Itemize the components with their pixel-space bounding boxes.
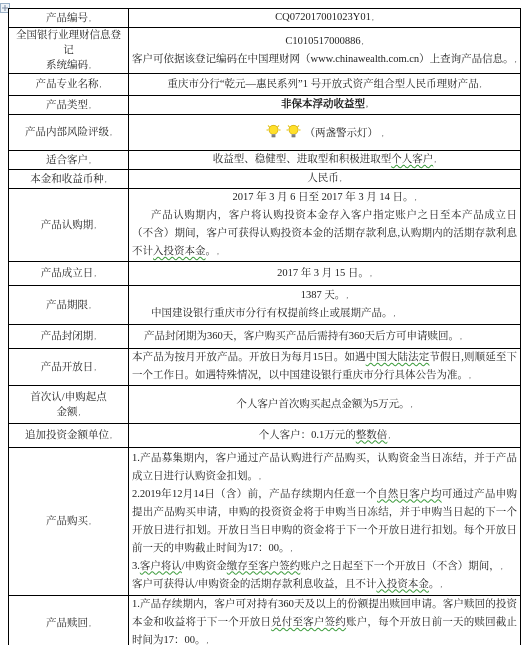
label-lockup-period: 产品封闭期 [9, 325, 129, 349]
product-term-note: 中国建设银行重庆市分行有权提前终止或展期产品。 [132, 305, 517, 323]
spellcheck-underline: 缴存至客户签约 [227, 561, 301, 572]
label-open-day: 产品开放日 [9, 349, 129, 386]
open-day-text: 本产品为按月开放产品。开放日为每月15日。如遇中国大陆法定节假日,则顺延至下一个… [132, 349, 517, 385]
value-open-day: 本产品为按月开放产品。开放日为每月15日。如遇中国大陆法定节假日,则顺延至下一个… [129, 349, 521, 386]
row-product-purchase: 产品购买 1.产品募集期内，客户通过产品认购进行产品购买，认购资金当日冻结，并于… [9, 448, 521, 596]
purchase-paragraph-4: 客户可获得认/申购资金的活期存款利息收益，且不计入投资本金。 [132, 576, 517, 594]
product-info-table: 产品编号 CQ072017001023Y01 全国银行业理财信息登记 系统编码 … [8, 8, 521, 645]
spellcheck-underline: 自然日客户均 [377, 489, 442, 500]
row-product-term: 产品期限 1387 天。 中国建设银行重庆市分行有权提前终止或展期产品。 [9, 286, 521, 325]
row-establishment-date: 产品成立日 2017 年 3 月 15 日。 [9, 262, 521, 286]
label-first-purchase-minimum: 首次认/申购起点 金额 [9, 386, 129, 424]
label-additional-investment-unit: 追加投资金额单位 [9, 424, 129, 448]
purchase-paragraph-3: 3.客户将认/申购资金缴存至客户签约账户之日起至下一个开放日（不含）期间， [132, 558, 517, 576]
label-suitable-customers: 适合客户 [9, 151, 129, 170]
row-risk-rating: 产品内部风险评级 [9, 115, 521, 151]
row-suitable-customers: 适合客户 收益型、稳健型、进取型和积极进取型个人客户 [9, 151, 521, 170]
value-product-term: 1387 天。 中国建设银行重庆市分行有权提前终止或展期产品。 [129, 286, 521, 325]
redemption-paragraph-1: 1.产品存续期内，客户可对持有360天及以上的份额提出赎回申请。客户赎回的投资本… [132, 596, 517, 645]
spellcheck-underline: 整数倍 [356, 430, 388, 441]
value-product-code: CQ072017001023Y01 [129, 9, 521, 28]
registration-code-note: 客户可依据该登记编码在中国理财网（www.chinawealth.com.cn）… [132, 51, 517, 69]
label-product-term: 产品期限 [9, 286, 129, 325]
spellcheck-underline: 客户将认 [140, 561, 182, 572]
label-product-purchase: 产品购买 [9, 448, 129, 596]
currency-text: 人民币 [132, 170, 517, 188]
row-product-type: 产品类型 非保本浮动收益型 [9, 96, 521, 115]
label-product-type: 产品类型 [9, 96, 129, 115]
value-product-redemption: 1.产品存续期内，客户可对持有360天及以上的份额提出赎回申请。客户赎回的投资本… [129, 596, 521, 645]
label-risk-rating: 产品内部风险评级 [9, 115, 129, 151]
value-product-purchase: 1.产品募集期内，客户通过产品认购进行产品购买，认购资金当日冻结，并于产品成立日… [129, 448, 521, 596]
purchase-paragraph-1: 1.产品募集期内，客户通过产品认购进行产品购买，认购资金当日冻结，并于产品成立日… [132, 450, 517, 486]
row-product-name: 产品专业名称 重庆市分行“乾元—惠民系列”1 号开放式资产组合型人民币理财产品 [9, 74, 521, 96]
document-page: 产品编号 CQ072017001023Y01 全国银行业理财信息登记 系统编码 … [0, 0, 529, 645]
value-subscription-period: 2017 年 3 月 6 日至 2017 年 3 月 14 日。 产品认购期内，… [129, 189, 521, 262]
establishment-date-text: 2017 年 3 月 15 日。 [132, 265, 517, 283]
product-code-text: CQ072017001023Y01 [132, 9, 517, 27]
value-additional-investment-unit: 个人客户：0.1万元的整数倍 [129, 424, 521, 448]
value-lockup-period: 产品封闭期为360天，客户购买产品后需持有360天后方可申请赎回。 [129, 325, 521, 349]
spellcheck-underline: 中国大陆法定 [366, 352, 430, 363]
value-first-purchase-minimum: 个人客户首次购买起点金额为5万元。 [129, 386, 521, 424]
row-subscription-period: 产品认购期 2017 年 3 月 6 日至 2017 年 3 月 14 日。 产… [9, 189, 521, 262]
value-product-name: 重庆市分行“乾元—惠民系列”1 号开放式资产组合型人民币理财产品 [129, 74, 521, 96]
row-product-code: 产品编号 CQ072017001023Y01 [9, 9, 521, 28]
product-type-text: 非保本浮动收益型 [132, 96, 517, 114]
risk-rating-content: （两盏警示灯） [132, 123, 517, 143]
row-registration-code: 全国银行业理财信息登记 系统编码 C1010517000886 客户可依据该登记… [9, 28, 521, 74]
subscription-period-dates: 2017 年 3 月 6 日至 2017 年 3 月 14 日。 [132, 189, 517, 207]
value-currency: 人民币 [129, 170, 521, 189]
warning-bulb-icon [286, 123, 301, 139]
label-currency: 本金和收益币种 [9, 170, 129, 189]
spellcheck-underline: 兑付至客户签约 [271, 617, 346, 628]
spellcheck-underline: 个人客户 [391, 154, 433, 165]
suitable-customers-text: 收益型、稳健型、进取型和积极进取型个人客户 [132, 151, 517, 169]
row-open-day: 产品开放日 本产品为按月开放产品。开放日为每月15日。如遇中国大陆法定节假日,则… [9, 349, 521, 386]
value-product-type: 非保本浮动收益型 [129, 96, 521, 115]
risk-rating-text: （两盏警示灯） [305, 128, 379, 139]
row-currency: 本金和收益币种 人民币 [9, 170, 521, 189]
purchase-paragraph-2: 2.2019年12月14日（含）前，产品存续期内任意一个自然日客户均可通过产品申… [132, 486, 517, 558]
row-additional-investment-unit: 追加投资金额单位 个人客户：0.1万元的整数倍 [9, 424, 521, 448]
first-purchase-minimum-text: 个人客户首次购买起点金额为5万元。 [132, 396, 517, 414]
additional-investment-unit-text: 个人客户：0.1万元的整数倍 [132, 427, 517, 445]
warning-bulb-icon [266, 123, 281, 139]
spellcheck-underline: 入投资本金 [376, 579, 429, 590]
label-subscription-period: 产品认购期 [9, 189, 129, 262]
label-establishment-date: 产品成立日 [9, 262, 129, 286]
row-product-redemption: 产品赎回 1.产品存续期内，客户可对持有360天及以上的份额提出赎回申请。客户赎… [9, 596, 521, 645]
spellcheck-underline: 入投资本金 [153, 246, 206, 257]
label-product-name: 产品专业名称 [9, 74, 129, 96]
subscription-period-note: 产品认购期内，客户将认购投资本金存入客户指定账户之日至本产品成立日（不含）期间，… [132, 207, 517, 261]
label-product-redemption: 产品赎回 [9, 596, 129, 645]
registration-code-number: C1010517000886 [132, 33, 517, 51]
value-registration-code: C1010517000886 客户可依据该登记编码在中国理财网（www.chin… [129, 28, 521, 74]
label-registration-code: 全国银行业理财信息登记 系统编码 [9, 28, 129, 74]
value-establishment-date: 2017 年 3 月 15 日。 [129, 262, 521, 286]
lockup-period-text: 产品封闭期为360天，客户购买产品后需持有360天后方可申请赎回。 [132, 328, 517, 346]
row-lockup-period: 产品封闭期 产品封闭期为360天，客户购买产品后需持有360天后方可申请赎回。 [9, 325, 521, 349]
label-product-code: 产品编号 [9, 9, 129, 28]
row-first-purchase-minimum: 首次认/申购起点 金额 个人客户首次购买起点金额为5万元。 [9, 386, 521, 424]
value-risk-rating: （两盏警示灯） [129, 115, 521, 151]
product-term-days: 1387 天。 [132, 287, 517, 305]
product-name-text: 重庆市分行“乾元—惠民系列”1 号开放式资产组合型人民币理财产品 [132, 76, 517, 94]
value-suitable-customers: 收益型、稳健型、进取型和积极进取型个人客户 [129, 151, 521, 170]
